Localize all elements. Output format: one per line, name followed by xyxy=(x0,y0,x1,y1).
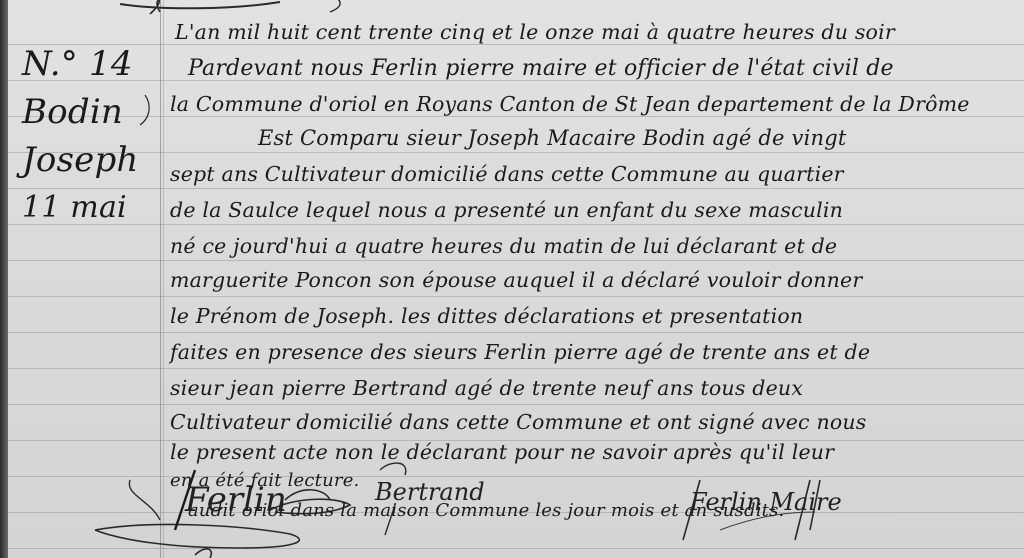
body-line: sept ans Cultivateur domicilié dans cett… xyxy=(170,162,844,186)
signature-ferlin: Ferlin xyxy=(185,480,287,520)
margin-date: 11 mai xyxy=(22,184,152,232)
margin-entry: N.° 14 Bodin Joseph 11 mai xyxy=(22,40,152,232)
document-page: N.° 14 Bodin Joseph 11 mai L'an mil huit… xyxy=(0,0,1024,558)
body-line: marguerite Poncon son épouse auquel il a… xyxy=(170,268,862,292)
body-line: le Prénom de Joseph. les dittes déclarat… xyxy=(170,304,803,328)
body-line: Cultivateur domicilié dans cette Commune… xyxy=(170,410,867,434)
body-line: le present acte non le déclarant pour ne… xyxy=(170,440,834,464)
signature-bertrand: Bertrand xyxy=(375,478,485,506)
body-line: la Commune d'oriol en Royans Canton de S… xyxy=(170,92,970,116)
body-line: Est Comparu sieur Joseph Macaire Bodin a… xyxy=(258,126,847,150)
entry-number: N.° 14 xyxy=(22,40,152,88)
body-line: Pardevant nous Ferlin pierre maire et of… xyxy=(188,56,894,81)
body-line: L'an mil huit cent trente cinq et le onz… xyxy=(175,20,895,44)
body-line: né ce jourd'hui a quatre heures du matin… xyxy=(170,234,837,258)
body-line: de la Saulce lequel nous a presenté un e… xyxy=(170,198,843,222)
body-line: faites en presence des sieurs Ferlin pie… xyxy=(170,340,870,364)
margin-given-name: Joseph xyxy=(22,136,152,184)
body-line: sieur jean pierre Bertrand agé de trente… xyxy=(170,376,803,400)
signature-maire: Ferlin Maire xyxy=(690,488,842,516)
margin-surname: Bodin xyxy=(22,88,152,136)
